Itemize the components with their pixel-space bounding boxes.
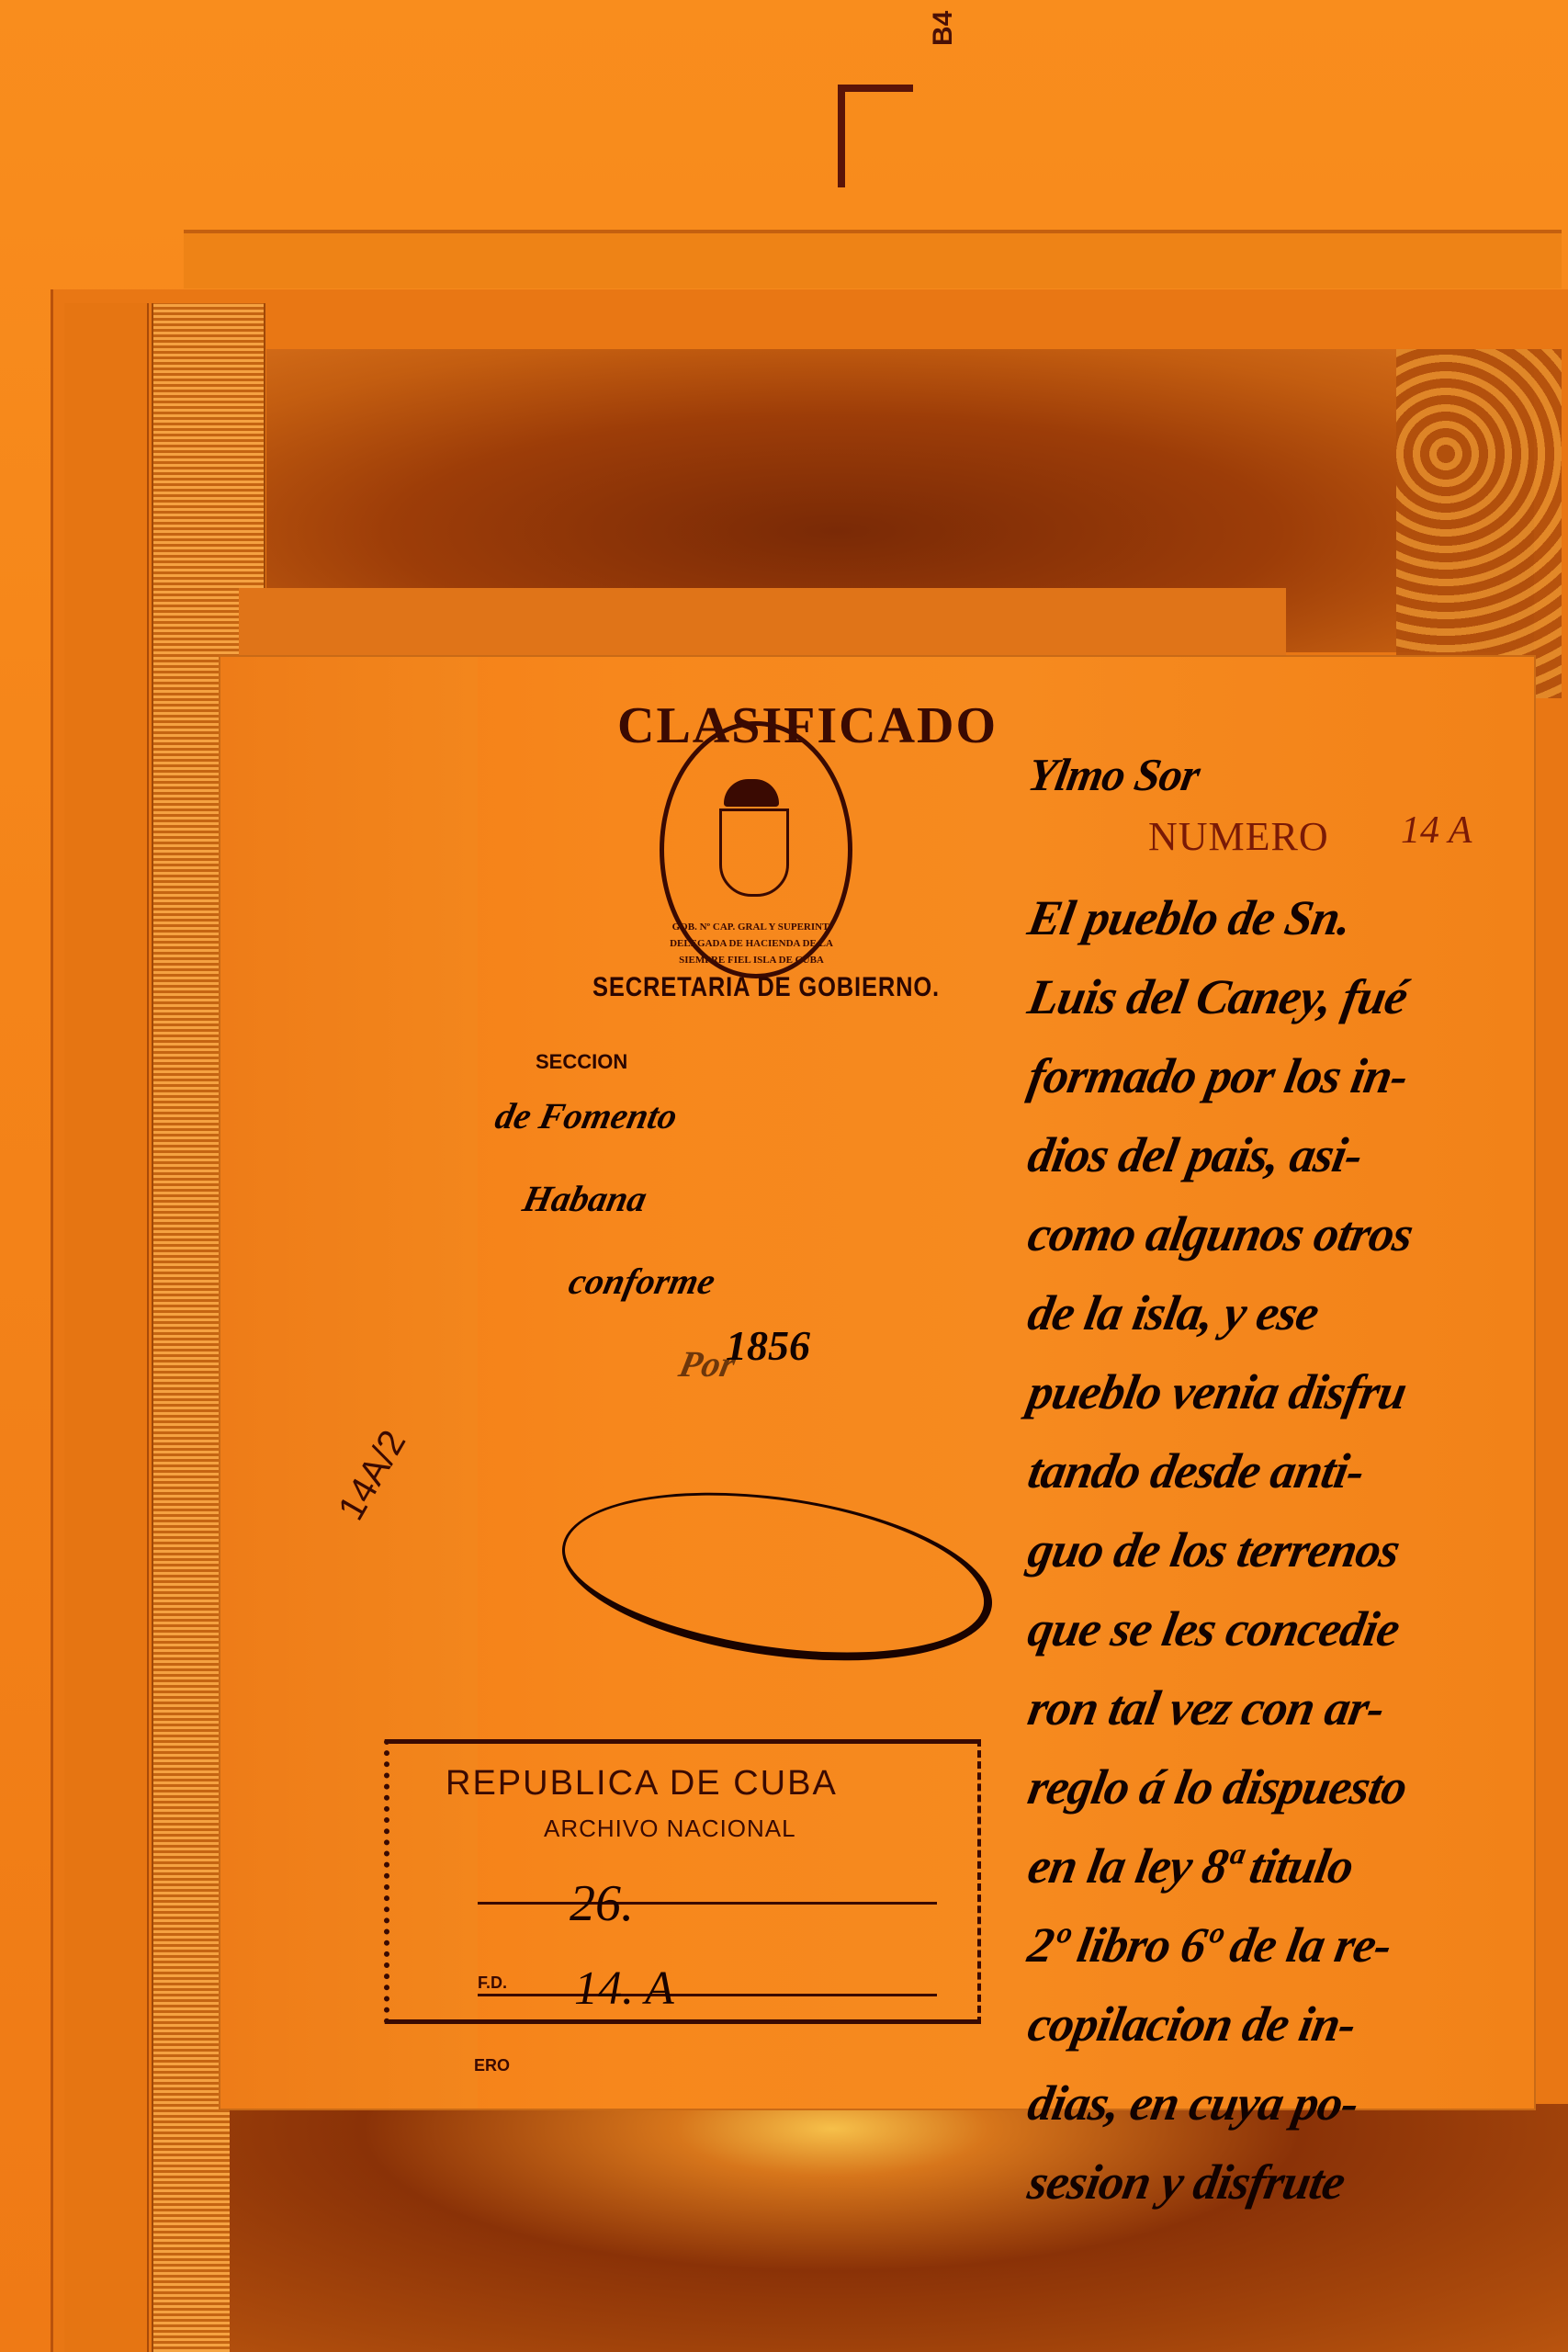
text-line: de la isla, y ese xyxy=(1021,1273,1550,1352)
underlying-page-edge xyxy=(239,588,1286,664)
text-line: ron tal vez con ar- xyxy=(1021,1668,1550,1747)
text-line: 2º libro 6º de la re- xyxy=(1021,1905,1550,1984)
text-line: conforme xyxy=(487,1240,1019,1323)
crop-mark-horizontal xyxy=(838,85,913,92)
numero-value: 14 A xyxy=(1401,808,1472,853)
volume-spine xyxy=(64,303,149,2352)
text-line: pueblo venia disfru xyxy=(1021,1352,1550,1431)
crop-mark-label: B4 xyxy=(928,11,959,46)
section-label: SECCION xyxy=(536,1050,627,1074)
text-line: como algunos otros xyxy=(1021,1194,1550,1273)
text-line: formado por los in- xyxy=(1021,1036,1550,1115)
text-line: reglo á lo dispuesto xyxy=(1021,1747,1550,1826)
archive-stamp-title: REPUBLICA DE CUBA xyxy=(446,1764,838,1804)
text-line: sesion y disfrute xyxy=(1021,2143,1550,2222)
numero-stamp: NUMERO xyxy=(1148,813,1329,860)
department-heading: SECRETARIA DE GOBIERNO. xyxy=(592,972,940,1003)
archive-stamp-rule xyxy=(478,1994,937,1996)
text-line: guo de los terrenos xyxy=(1021,1510,1550,1589)
mottled-edge-panel xyxy=(1396,349,1562,698)
archive-stamp-rule xyxy=(478,1902,937,1905)
crop-mark-vertical xyxy=(838,85,845,187)
seal-legend: GOB. Nº CAP. GRAL Y SUPERINT. DELEGADA D… xyxy=(669,919,834,968)
text-line: que se les concedie xyxy=(1021,1589,1550,1668)
text-line: de Fomento xyxy=(487,1075,1019,1158)
archive-stamp-subtitle: ARCHIVO NACIONAL xyxy=(544,1815,796,1843)
folder-top-strip xyxy=(184,230,1562,288)
date-year: 1856 xyxy=(726,1321,810,1370)
salutation: Ylmo Sor xyxy=(1021,735,1550,814)
text-line: copilacion de in- xyxy=(1021,1984,1550,2064)
text-line: El pueblo de Sn. xyxy=(1021,878,1550,957)
text-line: dias, en cuya po- xyxy=(1021,2064,1550,2143)
text-line: Habana xyxy=(487,1158,1019,1240)
coat-of-arms-icon xyxy=(719,808,789,897)
archive-field-value: 26. xyxy=(570,1874,634,1933)
text-line: dios del pais, asi- xyxy=(1021,1115,1550,1194)
text-line: tando desde anti- xyxy=(1021,1431,1550,1510)
archive-field-label: F.D. xyxy=(478,1973,507,1993)
archive-field-label: ERO xyxy=(474,2056,510,2075)
letter-body-right: Ylmo Sor El pueblo de Sn. Luis del Caney… xyxy=(1029,735,1543,2222)
text-line: en la ley 8ª titulo xyxy=(1021,1826,1550,1905)
archive-field-value: 14. A xyxy=(574,1962,674,2016)
text-line: Luis del Caney, fué xyxy=(1021,957,1550,1036)
